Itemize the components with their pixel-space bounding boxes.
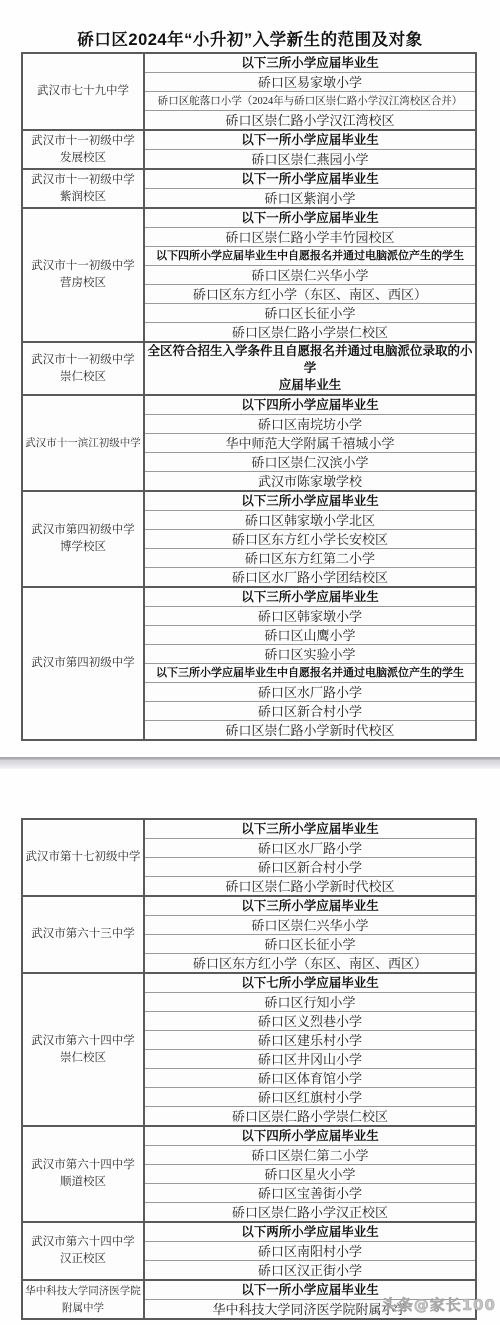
feeder-school-cell: 硚口区汉正街小学	[144, 1261, 476, 1281]
feeder-school-cell: 硚口区崇仁燕园小学	[144, 150, 476, 170]
screenshot-divider	[0, 757, 500, 769]
feeder-school-cell: 硚口区新合村小学	[144, 858, 476, 877]
feeder-school-cell: 硚口区崇仁路小学汉正校区	[144, 1203, 476, 1223]
feeder-school-cell: 硚口区宝善街小学	[144, 1184, 476, 1203]
table-row: 武汉市第六十四中学 顺道校区以下四所小学应届毕业生	[22, 1126, 476, 1146]
category-header-cell: 以下三所小学应届毕业生	[144, 896, 476, 916]
middle-school-name-cell: 武汉市十一初级中学 紫润校区	[22, 169, 144, 208]
feeder-school-cell: 硚口区新合村小学	[144, 702, 476, 721]
feeder-school-cell: 硚口区水厂路小学	[144, 839, 476, 858]
category-header-cell: 以下四所小学应届毕业生	[144, 395, 476, 415]
feeder-school-cell: 硚口区红旗村小学	[144, 1088, 476, 1107]
feeder-school-cell: 硚口区崇仁路小学丰竹园校区	[144, 228, 476, 247]
watermark: 头条@家长100	[382, 1294, 496, 1315]
category-header-cell: 以下一所小学应届毕业生	[144, 208, 476, 228]
middle-school-name-cell: 武汉市十一滨江初级中学	[22, 395, 144, 491]
middle-school-name-cell: 武汉市十一初级中学 营房校区	[22, 208, 144, 342]
feeder-school-cell: 硚口区崇仁第二小学	[144, 1146, 476, 1165]
feeder-school-cell: 硚口区崇仁兴华小学	[144, 916, 476, 935]
table-row: 武汉市七十九中学以下三所小学应届毕业生	[22, 53, 476, 73]
category-header-cell: 以下两所小学应届毕业生	[144, 1222, 476, 1242]
category-header-cell: 以下七所小学应届毕业生	[144, 973, 476, 993]
feeder-school-cell: 硚口区舵落口小学（2024年与硚口区崇仁路小学汉江湾校区合并）	[144, 92, 476, 111]
feeder-school-cell: 硚口区水厂路小学团结校区	[144, 568, 476, 588]
category-header-cell: 以下一所小学应届毕业生	[144, 130, 476, 150]
admission-table-part1: 武汉市七十九中学以下三所小学应届毕业生硚口区易家墩小学硚口区舵落口小学（2024…	[21, 52, 477, 741]
feeder-school-cell: 硚口区长征小学	[144, 935, 476, 954]
feeder-school-cell: 硚口区崇仁路小学崇仁校区	[144, 323, 476, 343]
feeder-school-cell: 硚口区长征小学	[144, 304, 476, 323]
category-header-cell: 全区符合招生入学条件且自愿报名并通过电脑派位录取的小学 应届毕业生	[144, 342, 476, 395]
admission-table-part2: 武汉市第十七初级中学以下三所小学应届毕业生硚口区水厂路小学硚口区新合村小学硚口区…	[21, 818, 477, 1320]
feeder-school-cell: 硚口区山鹰小学	[144, 626, 476, 645]
table-row: 武汉市十一初级中学 发展校区以下一所小学应届毕业生	[22, 130, 476, 150]
feeder-school-cell: 硚口区东方红第二小学	[144, 549, 476, 568]
feeder-school-cell: 硚口区紫润小学	[144, 189, 476, 209]
feeder-school-cell: 硚口区井冈山小学	[144, 1050, 476, 1069]
middle-school-name-cell: 武汉市第六十四中学 崇仁校区	[22, 973, 144, 1126]
category-header-cell: 以下三所小学应届毕业生	[144, 819, 476, 839]
category-header-cell: 以下三所小学应届毕业生	[144, 587, 476, 607]
feeder-school-cell: 硚口区行知小学	[144, 993, 476, 1012]
middle-school-name-cell: 华中科技大学同济医学院 附属中学	[22, 1280, 144, 1319]
table-row: 武汉市第六十四中学 汉正校区以下两所小学应届毕业生	[22, 1222, 476, 1242]
feeder-school-cell: 硚口区崇仁路小学汉江湾校区	[144, 111, 476, 131]
table-row: 武汉市第四初级中学以下三所小学应届毕业生	[22, 587, 476, 607]
category-header-cell: 以下三所小学应届毕业生	[144, 53, 476, 73]
category-header-cell: 以下三所小学应届毕业生	[144, 491, 476, 511]
feeder-school-cell: 硚口区东方红小学（东区、南区、西区）	[144, 285, 476, 304]
middle-school-name-cell: 武汉市七十九中学	[22, 53, 144, 130]
feeder-school-cell: 硚口区崇仁路小学新时代校区	[144, 721, 476, 741]
feeder-school-cell: 武汉市陈家墩学校	[144, 472, 476, 492]
middle-school-name-cell: 武汉市第四初级中学 博学校区	[22, 491, 144, 587]
middle-school-name-cell: 武汉市十一初级中学 发展校区	[22, 130, 144, 169]
feeder-school-cell: 硚口区水厂路小学	[144, 683, 476, 702]
feeder-school-cell: 硚口区崇仁路小学崇仁校区	[144, 1107, 476, 1127]
middle-school-name-cell: 武汉市十一初级中学 崇仁校区	[22, 342, 144, 395]
table-row: 武汉市第六十三中学以下三所小学应届毕业生	[22, 896, 476, 916]
admission-table: 武汉市第十七初级中学以下三所小学应届毕业生硚口区水厂路小学硚口区新合村小学硚口区…	[21, 818, 477, 1320]
category-header-cell: 以下三所小学应届毕业生中自愿报名并通过电脑派位产生的学生	[144, 664, 476, 683]
feeder-school-cell: 华中师范大学附属千禧城小学	[144, 434, 476, 453]
feeder-school-cell: 硚口区韩家墩小学	[144, 607, 476, 626]
admission-table: 武汉市七十九中学以下三所小学应届毕业生硚口区易家墩小学硚口区舵落口小学（2024…	[21, 52, 477, 741]
feeder-school-cell: 硚口区星火小学	[144, 1165, 476, 1184]
feeder-school-cell: 硚口区东方红小学长安校区	[144, 530, 476, 549]
category-header-cell: 以下四所小学应届毕业生	[144, 1126, 476, 1146]
table-row: 武汉市第十七初级中学以下三所小学应届毕业生	[22, 819, 476, 839]
table-row: 武汉市十一初级中学 崇仁校区全区符合招生入学条件且自愿报名并通过电脑派位录取的小…	[22, 342, 476, 395]
middle-school-name-cell: 武汉市第六十四中学 顺道校区	[22, 1126, 144, 1222]
middle-school-name-cell: 武汉市第四初级中学	[22, 587, 144, 740]
article-page: 硚口区2024年“小升初”入学新生的范围及对象 武汉市七十九中学以下三所小学应届…	[0, 0, 500, 1325]
feeder-school-cell: 硚口区韩家墩小学北区	[144, 511, 476, 530]
middle-school-name-cell: 武汉市第六十三中学	[22, 896, 144, 973]
feeder-school-cell: 硚口区易家墩小学	[144, 73, 476, 92]
feeder-school-cell: 硚口区实验小学	[144, 645, 476, 664]
middle-school-name-cell: 武汉市第六十四中学 汉正校区	[22, 1222, 144, 1280]
feeder-school-cell: 硚口区体育馆小学	[144, 1069, 476, 1088]
table-row: 武汉市第六十四中学 崇仁校区以下七所小学应届毕业生	[22, 973, 476, 993]
feeder-school-cell: 硚口区崇仁汉滨小学	[144, 453, 476, 472]
page-title: 硚口区2024年“小升初”入学新生的范围及对象	[0, 26, 500, 50]
feeder-school-cell: 硚口区义烈巷小学	[144, 1012, 476, 1031]
table-row: 武汉市十一初级中学 营房校区以下一所小学应届毕业生	[22, 208, 476, 228]
feeder-school-cell: 硚口区崇仁兴华小学	[144, 266, 476, 285]
middle-school-name-cell: 武汉市第十七初级中学	[22, 819, 144, 896]
feeder-school-cell: 硚口区南垸坊小学	[144, 415, 476, 434]
table-row: 武汉市第四初级中学 博学校区以下三所小学应届毕业生	[22, 491, 476, 511]
category-header-cell: 以下四所小学应届毕业生中自愿报名并通过电脑派位产生的学生	[144, 247, 476, 266]
table-row: 武汉市十一滨江初级中学以下四所小学应届毕业生	[22, 395, 476, 415]
feeder-school-cell: 硚口区崇仁路小学新时代校区	[144, 877, 476, 897]
feeder-school-cell: 硚口区东方红小学（东区、南区、西区）	[144, 954, 476, 974]
feeder-school-cell: 硚口区南阳村小学	[144, 1242, 476, 1261]
table-row: 武汉市十一初级中学 紫润校区以下一所小学应届毕业生	[22, 169, 476, 189]
category-header-cell: 以下一所小学应届毕业生	[144, 169, 476, 189]
feeder-school-cell: 硚口区建乐村小学	[144, 1031, 476, 1050]
